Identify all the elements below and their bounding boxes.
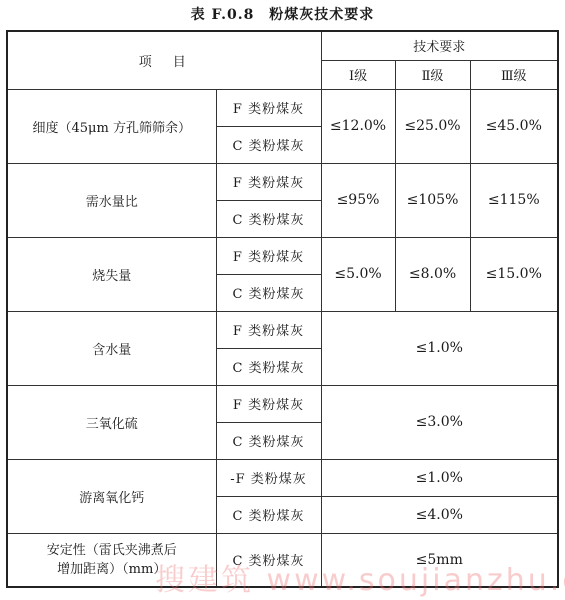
table-row: 细度（45μm 方孔筛筛余） F 类粉煤灰 ≤12.0% ≤25.0% ≤45.…: [7, 89, 558, 126]
type-f: F 类粉煤灰: [216, 311, 321, 348]
value-f-all-grades: ≤1.0%: [321, 459, 558, 496]
item-soundness-line1: 安定性（雷氏夹沸煮后: [8, 541, 216, 560]
header-grade-2: Ⅱ级: [395, 60, 470, 89]
table-row: 含水量 F 类粉煤灰 ≤1.0%: [7, 311, 558, 348]
value-grade-1: ≤12.0%: [321, 89, 395, 163]
value-all-grades: ≤1.0%: [321, 311, 558, 385]
item-moisture: 含水量: [7, 311, 216, 385]
type-f: F 类粉煤灰: [216, 385, 321, 422]
table-row: 烧失量 F 类粉煤灰 ≤5.0% ≤8.0% ≤15.0%: [7, 237, 558, 274]
header-item: 项 目: [7, 31, 321, 89]
type-f: -F 类粉煤灰: [216, 459, 321, 496]
type-c: C 类粉煤灰: [216, 533, 321, 587]
value-all-grades: ≤3.0%: [321, 385, 558, 459]
item-fineness: 细度（45μm 方孔筛筛余）: [7, 89, 216, 163]
table-row: 三氧化硫 F 类粉煤灰 ≤3.0%: [7, 385, 558, 422]
item-so3: 三氧化硫: [7, 385, 216, 459]
value-grade-2: ≤105%: [395, 163, 470, 237]
type-c: C 类粉煤灰: [216, 126, 321, 163]
value-grade-3: ≤115%: [470, 163, 558, 237]
table-row: 需水量比 F 类粉煤灰 ≤95% ≤105% ≤115%: [7, 163, 558, 200]
value-grade-3: ≤15.0%: [470, 237, 558, 311]
header-row: 项 目 技术要求: [7, 31, 558, 60]
table-row: 游离氧化钙 -F 类粉煤灰 ≤1.0%: [7, 459, 558, 496]
item-free-cao: 游离氧化钙: [7, 459, 216, 533]
type-f: F 类粉煤灰: [216, 89, 321, 126]
item-loss-on-ignition: 烧失量: [7, 237, 216, 311]
value-all-grades: ≤5mm: [321, 533, 558, 587]
item-soundness: 安定性（雷氏夹沸煮后 增加距离）（mm）: [7, 533, 216, 587]
value-c-all-grades: ≤4.0%: [321, 496, 558, 533]
header-tech-req: 技术要求: [321, 31, 558, 60]
type-c: C 类粉煤灰: [216, 422, 321, 459]
value-grade-3: ≤45.0%: [470, 89, 558, 163]
header-grade-3: Ⅲ级: [470, 60, 558, 89]
type-f: F 类粉煤灰: [216, 163, 321, 200]
type-c: C 类粉煤灰: [216, 348, 321, 385]
value-grade-1: ≤95%: [321, 163, 395, 237]
fly-ash-spec-table: 项 目 技术要求 Ⅰ级 Ⅱ级 Ⅲ级 细度（45μm 方孔筛筛余） F 类粉煤灰 …: [6, 30, 559, 588]
table-title: 表 F.0.8 粉煤灰技术要求: [0, 4, 565, 24]
type-c: C 类粉煤灰: [216, 274, 321, 311]
value-grade-1: ≤5.0%: [321, 237, 395, 311]
item-soundness-line2: 增加距离）（mm）: [8, 560, 216, 579]
type-c: C 类粉煤灰: [216, 496, 321, 533]
header-grade-1: Ⅰ级: [321, 60, 395, 89]
table-row: 安定性（雷氏夹沸煮后 增加距离）（mm） C 类粉煤灰 ≤5mm: [7, 533, 558, 587]
value-grade-2: ≤8.0%: [395, 237, 470, 311]
value-grade-2: ≤25.0%: [395, 89, 470, 163]
item-water-demand: 需水量比: [7, 163, 216, 237]
type-f: F 类粉煤灰: [216, 237, 321, 274]
type-c: C 类粉煤灰: [216, 200, 321, 237]
